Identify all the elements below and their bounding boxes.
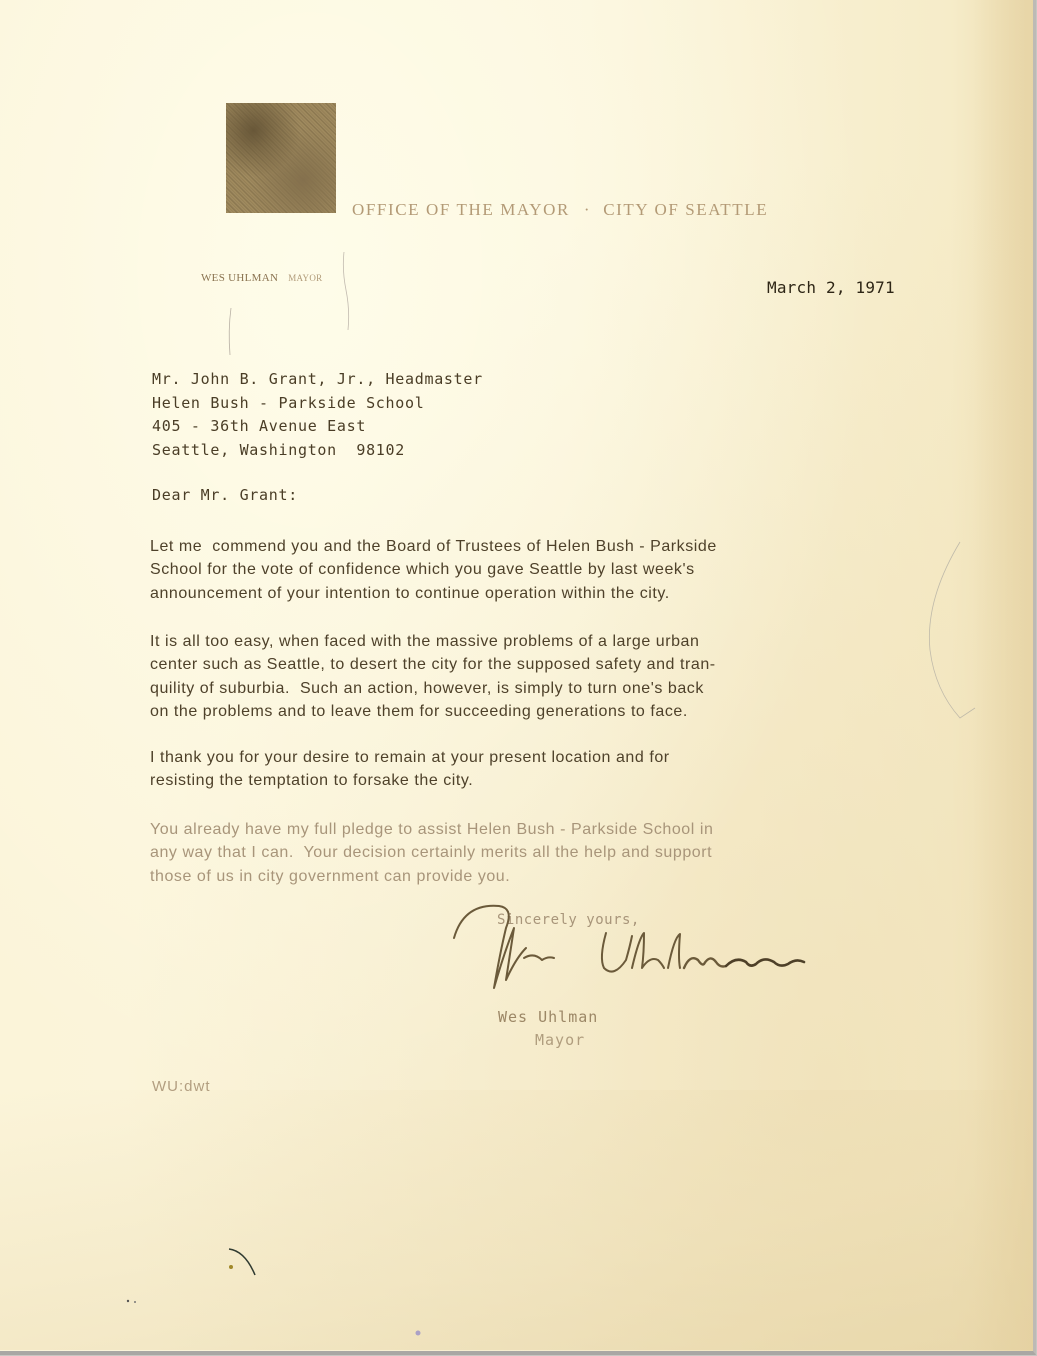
- address-line-3: 405 - 36th Avenue East: [152, 415, 483, 439]
- typed-signer-title: Mayor: [535, 1031, 585, 1049]
- paragraph-2-line: on the problems and to leave them for su…: [150, 700, 716, 723]
- paragraph-2-line: quility of suburbia. Such an action, how…: [150, 677, 716, 700]
- stray-dots: [125, 1296, 145, 1310]
- paragraph-3: I thank you for your desire to remain at…: [150, 746, 670, 793]
- stray-ink-mark: [225, 1245, 265, 1285]
- salutation: Dear Mr. Grant:: [152, 484, 298, 508]
- pencil-curve-mark: [920, 540, 980, 730]
- letterhead-office: OFFICE OF THE MAYOR: [352, 200, 570, 219]
- paragraph-1-line: announcement of your intention to contin…: [150, 582, 717, 605]
- paragraph-1: Let me commend you and the Board of Trus…: [150, 535, 717, 605]
- paper-edge-shadow: [973, 0, 1033, 1351]
- paragraph-2: It is all too easy, when faced with the …: [150, 630, 716, 723]
- paragraph-4-line: any way that I can. Your decision certai…: [150, 841, 713, 864]
- letter-page: OFFICE OF THE MAYOR·CITY OF SEATTLE WES …: [0, 0, 1036, 1355]
- mayor-name: WES UHLMAN: [201, 272, 278, 284]
- reference-initials: WU:dwt: [152, 1078, 211, 1095]
- paragraph-1-line: School for the vote of confidence which …: [150, 558, 717, 581]
- paragraph-2-line: It is all too easy, when faced with the …: [150, 630, 716, 653]
- mayor-line: WES UHLMANMAYOR: [201, 272, 322, 284]
- paragraph-1-line: Let me commend you and the Board of Trus…: [150, 535, 717, 558]
- paragraph-4-line: those of us in city government can provi…: [150, 865, 713, 888]
- pencil-mark: [226, 250, 356, 360]
- letter-date: March 2, 1971: [767, 278, 895, 297]
- paragraph-4-line: You already have my full pledge to assis…: [150, 818, 713, 841]
- address-line-1: Mr. John B. Grant, Jr., Headmaster: [152, 368, 483, 392]
- city-seal-logo: [226, 103, 336, 213]
- paragraph-4: You already have my full pledge to assis…: [150, 818, 713, 888]
- address-line-2: Helen Bush - Parkside School: [152, 392, 483, 416]
- recipient-address: Mr. John B. Grant, Jr., HeadmasterHelen …: [152, 368, 483, 462]
- handwritten-signature: Wes Uhlman: [444, 898, 814, 1008]
- mayor-title: MAYOR: [288, 273, 322, 283]
- paper-crease-shadow: [0, 1090, 1033, 1350]
- letterhead-city: CITY OF SEATTLE: [603, 200, 768, 219]
- paragraph-3-line: resisting the temptation to forsake the …: [150, 769, 670, 792]
- stray-blue-mark: [410, 1325, 426, 1351]
- paragraph-3-line: I thank you for your desire to remain at…: [150, 746, 670, 769]
- typed-signer-name: Wes Uhlman: [498, 1008, 598, 1026]
- address-line-4: Seattle, Washington 98102: [152, 439, 483, 463]
- paragraph-2-line: center such as Seattle, to desert the ci…: [150, 653, 716, 676]
- letterhead-separator: ·: [584, 200, 591, 220]
- letterhead: OFFICE OF THE MAYOR·CITY OF SEATTLE: [352, 200, 768, 220]
